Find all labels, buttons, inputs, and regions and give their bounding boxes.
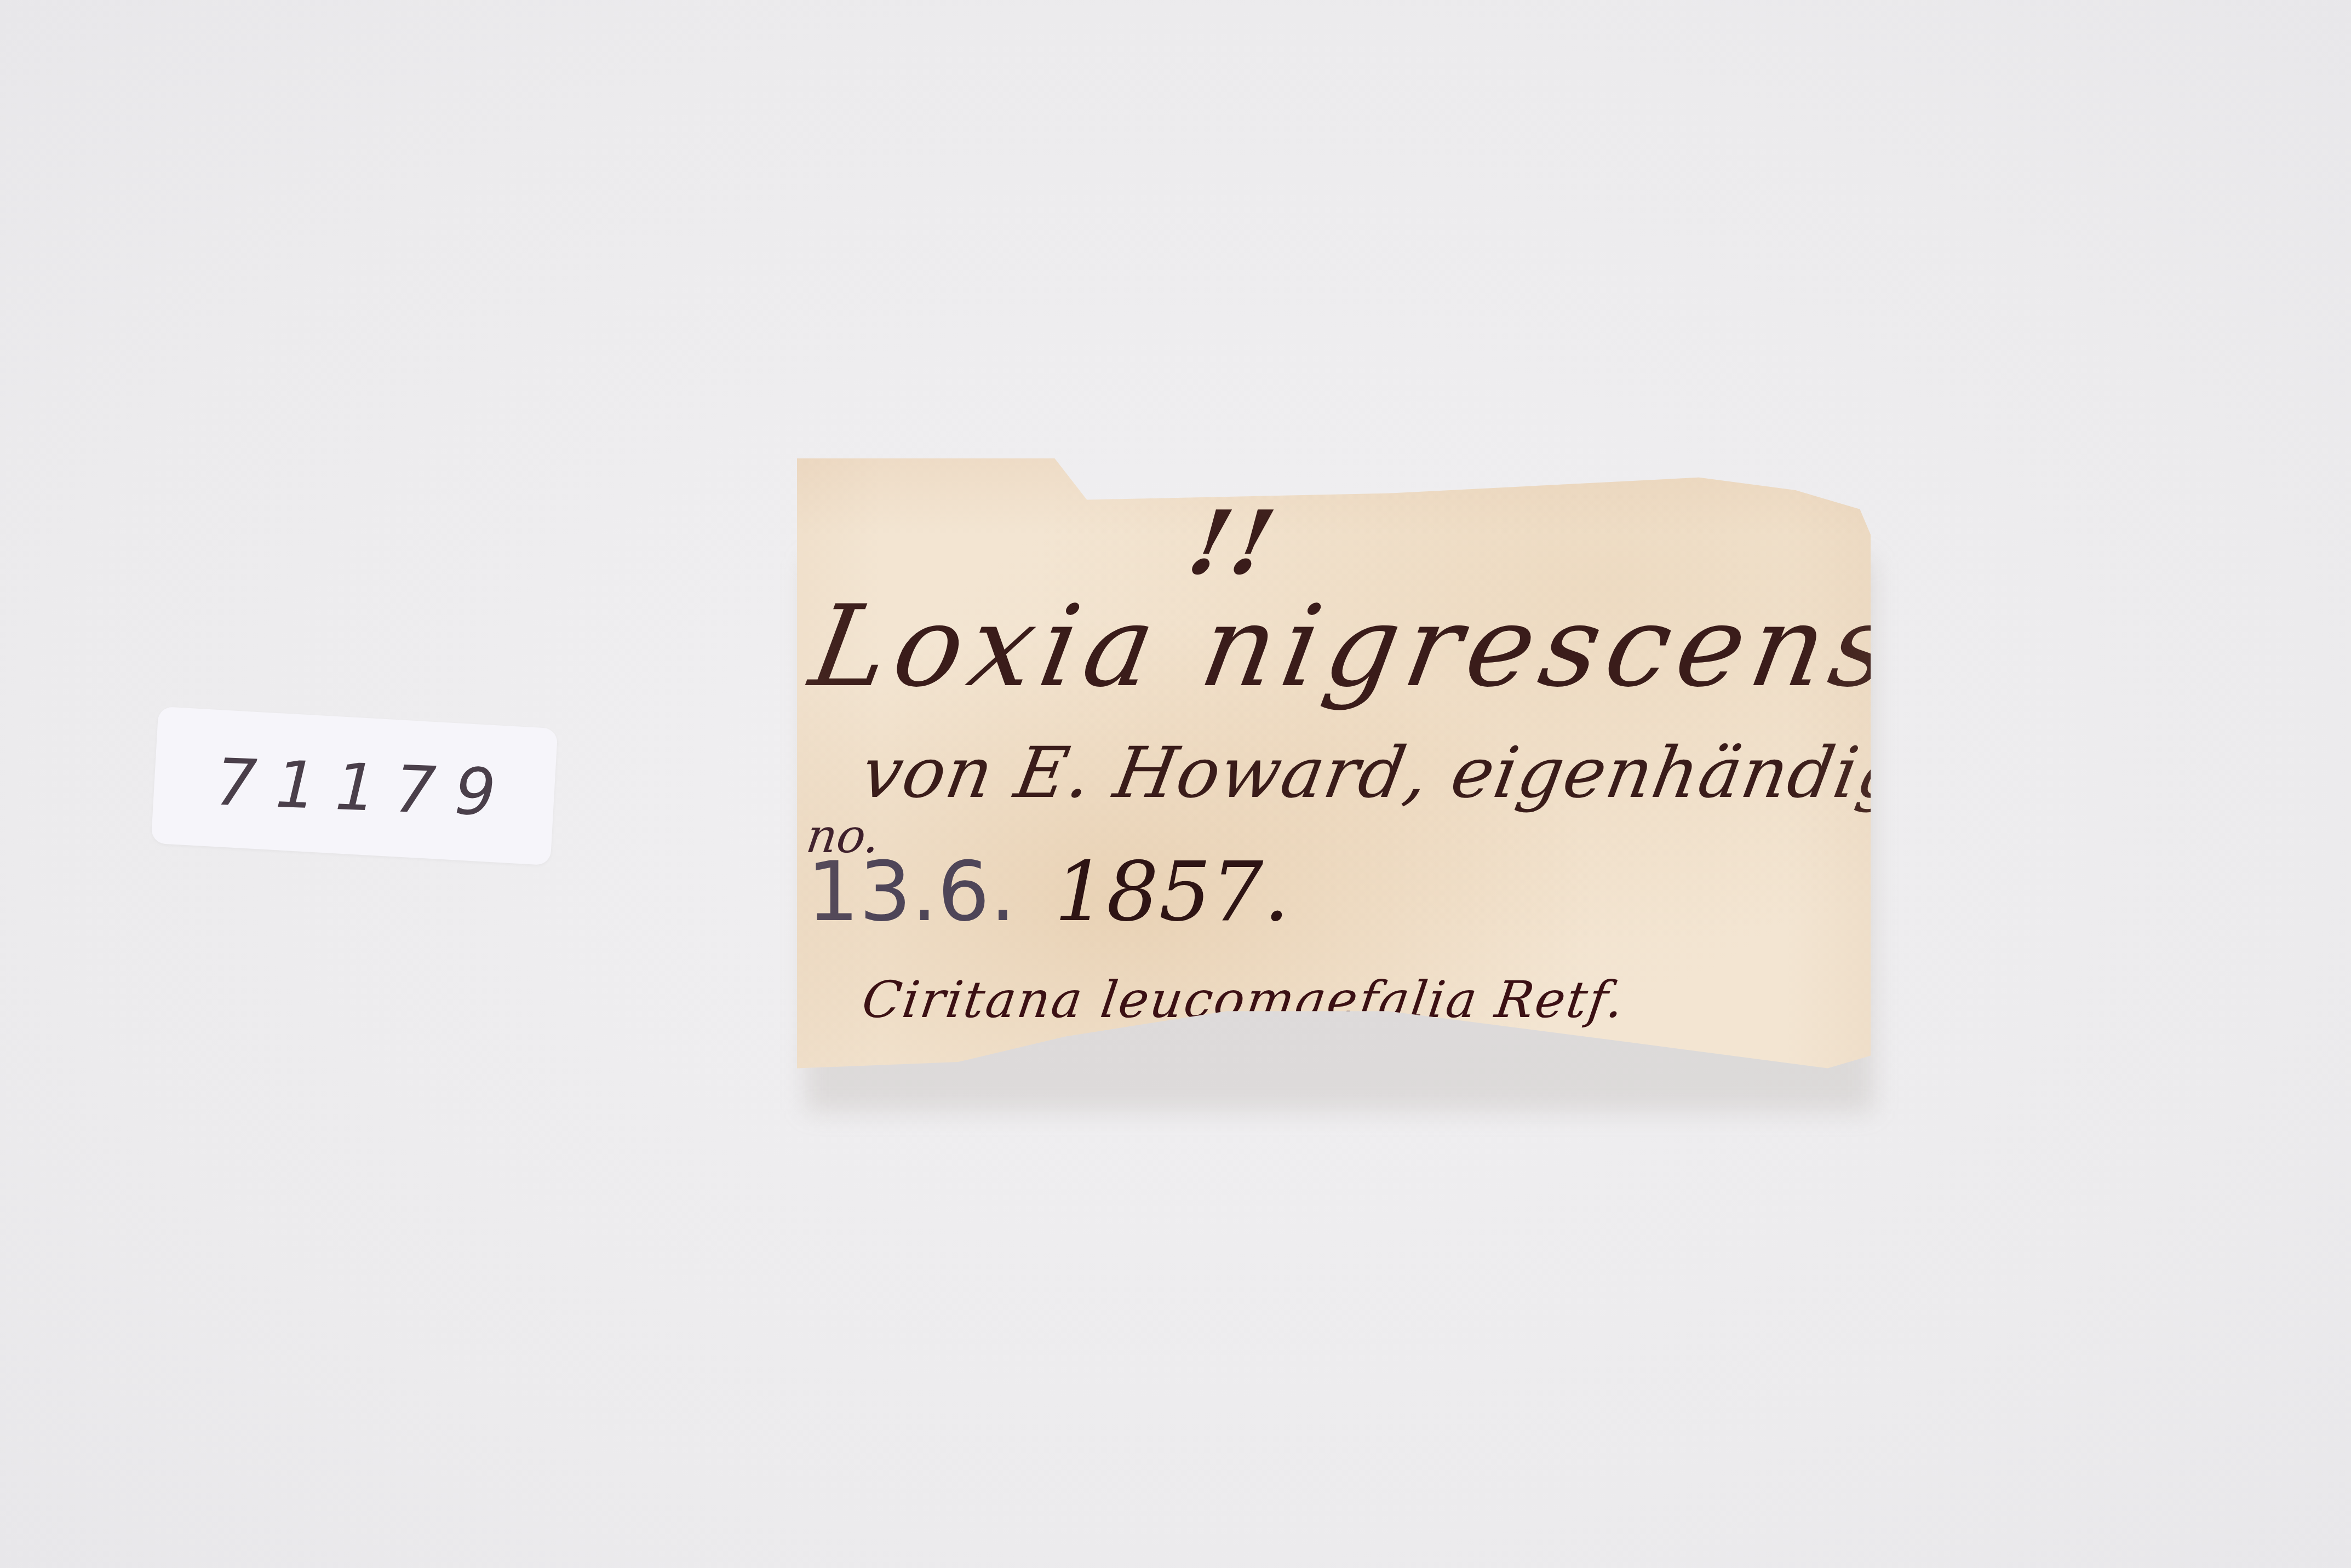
label-species-name: Loxia nigrescens. [802, 582, 1952, 712]
label-date-year: 1857. [1054, 845, 1289, 940]
label-date: 13.6.1857. [807, 845, 1289, 940]
catalog-number-tag: 71179 [151, 707, 558, 865]
label-date-day-month: 13.6. [807, 845, 1016, 940]
specimen-label: !! Loxia nigrescens. von E. Howard, eige… [797, 458, 1871, 1094]
label-marks: !! [1180, 491, 1286, 594]
catalog-number: 71179 [214, 744, 515, 831]
label-attribution: von E. Howard, eigenhändig [856, 732, 1911, 814]
